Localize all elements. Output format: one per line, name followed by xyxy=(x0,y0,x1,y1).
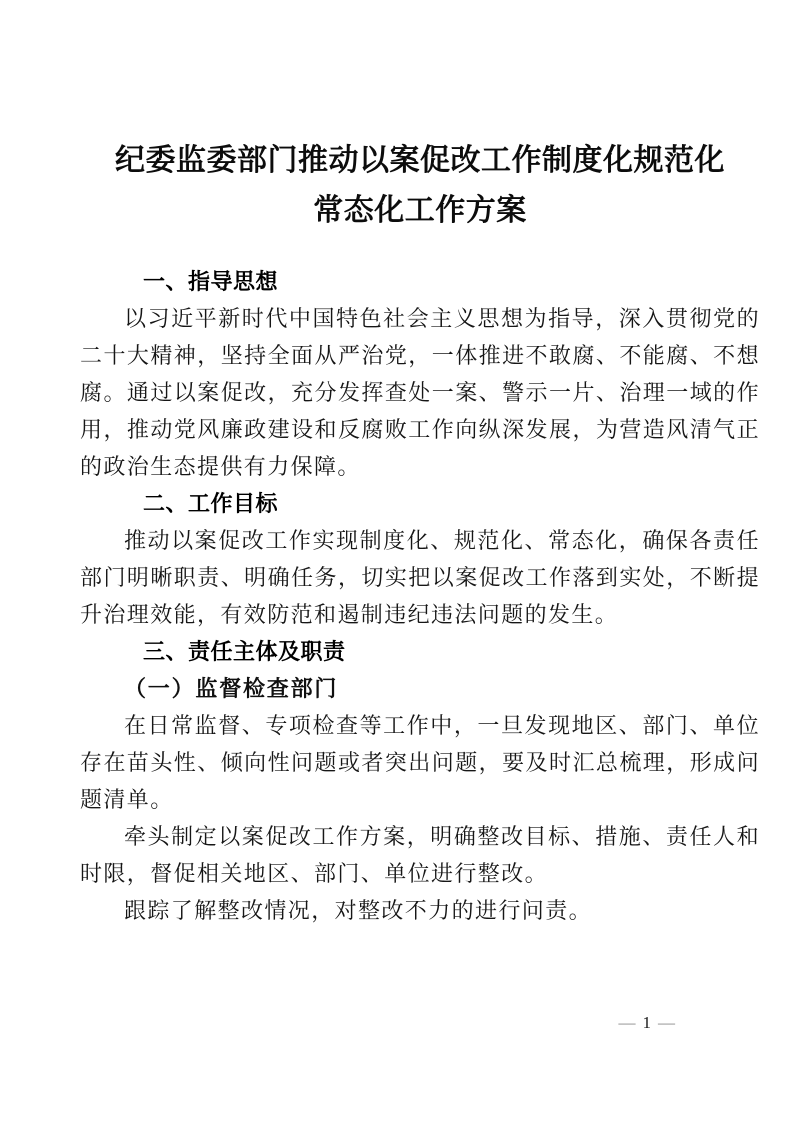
document-body: 一、指导思想 以习近平新时代中国特色社会主义思想为指导，深入贯彻党的二十大精神，… xyxy=(80,263,760,929)
document-title-line-1: 纪委监委部门推动以案促改工作制度化规范化 xyxy=(80,136,760,186)
paragraph: 在日常监督、专项检查等工作中，一旦发现地区、部门、单位存在苗头性、倾向性问题或者… xyxy=(80,707,760,818)
page-number-dash-right: — xyxy=(658,1013,675,1032)
page-footer: —1— xyxy=(619,1012,676,1034)
page-number-dash-left: — xyxy=(619,1013,636,1032)
section-heading-work-goals: 二、工作目标 xyxy=(143,485,760,522)
section-heading-responsibilities: 三、责任主体及职责 xyxy=(143,633,760,670)
section-heading-guiding-ideology: 一、指导思想 xyxy=(143,263,760,300)
page-number: 1 xyxy=(636,1013,659,1032)
paragraph: 推动以案促改工作实现制度化、规范化、常态化，确保各责任部门明晰职责、明确任务，切… xyxy=(80,522,760,633)
subsection-heading-supervision-departments: （一）监督检查部门 xyxy=(80,670,760,707)
document-page: 纪委监委部门推动以案促改工作制度化规范化 常态化工作方案 一、指导思想 以习近平… xyxy=(0,0,793,1122)
paragraph: 以习近平新时代中国特色社会主义思想为指导，深入贯彻党的二十大精神，坚持全面从严治… xyxy=(80,300,760,485)
paragraph: 跟踪了解整改情况，对整改不力的进行问责。 xyxy=(80,892,760,929)
document-title-line-2: 常态化工作方案 xyxy=(80,186,760,236)
paragraph: 牵头制定以案促改工作方案，明确整改目标、措施、责任人和时限，督促相关地区、部门、… xyxy=(80,818,760,892)
document-content: 纪委监委部门推动以案促改工作制度化规范化 常态化工作方案 一、指导思想 以习近平… xyxy=(80,0,760,929)
document-title: 纪委监委部门推动以案促改工作制度化规范化 常态化工作方案 xyxy=(80,0,760,236)
